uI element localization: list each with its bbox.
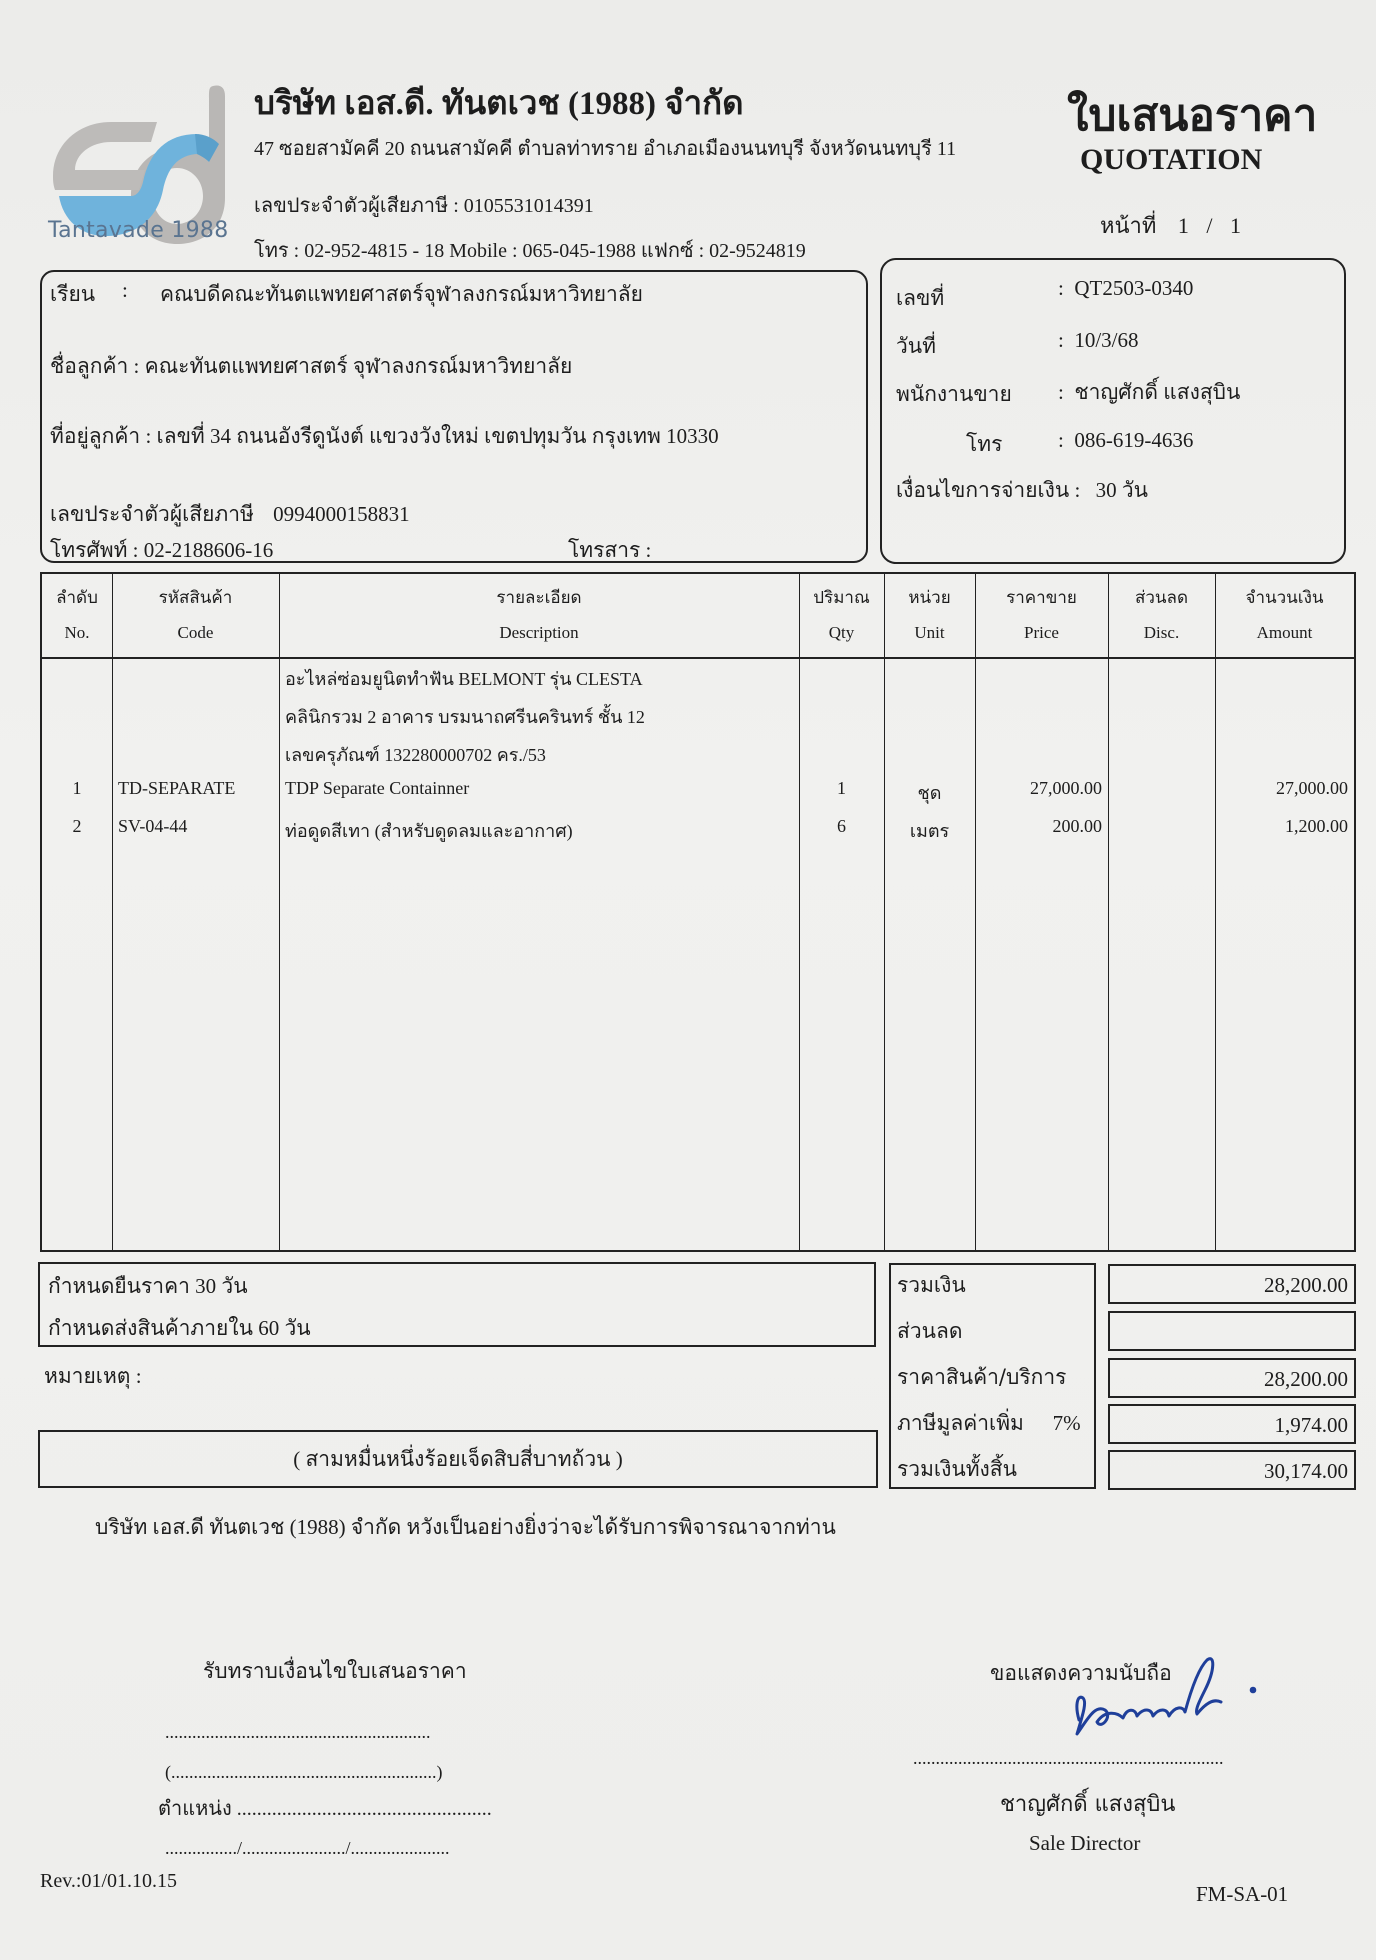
amount-in-words: ( สามหมื่นหนึ่งร้อยเจ็ดสิบสี่บาทถ้วน ) [38,1430,878,1488]
customer-fax-label: โทรสาร : [568,538,651,562]
company-contact: โทร : 02-952-4815 - 18 Mobile : 065-045-… [254,234,806,266]
table-cell-code: SV-04-44 [118,816,187,837]
vat-value: 1,974.00 [1108,1404,1356,1444]
customer-name-line: (.......................................… [165,1762,443,1783]
table-cell-no: 1 [42,778,112,799]
customer-name-label: ชื่อลูกค้า [50,354,128,378]
column-divider [799,574,800,1250]
column-header-english: Price [975,623,1108,643]
net-label: ราคาสินค้า/บริการ [897,1361,1066,1394]
vat-rate: 7% [1053,1411,1081,1435]
total-value: 30,174.00 [1108,1450,1356,1490]
column-header-english: Description [279,623,799,643]
sales-phone: 086-619-4636 [1074,428,1193,452]
page-total: 1 [1230,213,1241,238]
price-validity: กำหนดยืนราคา 30 วัน [48,1270,248,1303]
column-header-price: ราคาขายPrice [975,574,1108,643]
document-title-english: QUOTATION [1080,143,1262,177]
table-cell-unit: ชุด [884,778,975,807]
column-header-english: Code [112,623,279,643]
column-header-thai: ส่วนลด [1108,584,1215,611]
page-separator: / [1206,213,1212,238]
salesperson-label: พนักงานขาย [896,378,1012,411]
table-cell-amount: 1,200.00 [1215,816,1348,837]
column-header-thai: รายละเอียด [279,584,799,611]
column-header-amount: จำนวนเงินAmount [1215,574,1354,643]
column-divider [279,574,280,1250]
table-cell-price: 200.00 [975,816,1102,837]
discount-value [1108,1311,1356,1351]
column-divider [884,574,885,1250]
column-header-thai: ปริมาณ [799,584,884,611]
column-header-english: No. [42,623,112,643]
document-title-thai: ใบเสนอราคา [1067,80,1317,150]
vat-label: ภาษีมูลค่าเพิ่ม 7% [897,1407,1081,1440]
column-header-thai: หน่วย [884,584,975,611]
column-header-english: Qty [799,623,884,643]
company-tax-id: เลขประจำตัวผู้เสียภาษี : 0105531014391 [254,189,594,221]
signer-position: Sale Director [1029,1831,1140,1856]
column-header-unit: หน่วยUnit [884,574,975,643]
table-cell-price: 27,000.00 [975,778,1102,799]
doc-date: 10/3/68 [1074,328,1138,352]
customer-info-box: เรียน : คณบดีคณะทันตแพทยศาสตร์จุฬาลงกรณ์… [40,270,868,563]
salesperson-value: : ชาญศักดิ์ แสงสุบิน [1058,376,1240,409]
description-note: คลินิกรวม 2 อาคาร บรมนาถศรีนครินทร์ ชั้น… [285,702,645,731]
doc-date-label: วันที่ [896,330,936,363]
customer-date-line: ................/.......................… [165,1838,450,1859]
customer-tax-value: 0994000158831 [273,502,410,526]
closing-line: บริษัท เอส.ดี ทันตเวช (1988) จำกัด หวังเ… [95,1511,836,1544]
table-cell-qty: 1 [799,778,884,799]
signer-name: ชาญศักดิ์ แสงสุบิน [1000,1786,1175,1821]
description-note: เลขครุภัณฑ์ 132280000702 คร./53 [285,740,546,769]
customer-phone-value: 02-2188606-16 [144,538,274,562]
doc-date-value: : 10/3/68 [1058,328,1139,353]
company-name: บริษัท เอส.ดี. ทันตเวช (1988) จำกัด [254,76,744,129]
column-header-thai: ลำดับ [42,584,112,611]
remark-label: หมายเหตุ : [44,1360,142,1393]
column-header-qty: ปริมาณQty [799,574,884,643]
page-current: 1 [1178,213,1189,238]
total-label: รวมเงินทั้งสิ้น [897,1453,1017,1486]
vat-label-text: ภาษีมูลค่าเพิ่ม [897,1411,1024,1435]
column-divider [112,574,113,1250]
customer-address-row: ที่อยู่ลูกค้า : เลขที่ 34 ถนนอังรีดูนังต… [50,420,719,453]
column-header-thai: ราคาขาย [975,584,1108,611]
attn-row: เรียน : คณบดีคณะทันตแพทยศาสตร์จุฬาลงกรณ์… [50,278,95,311]
table-cell-no: 2 [42,816,112,837]
attn-label: เรียน [50,282,95,306]
company-address: 47 ซอยสามัคคี 20 ถนนสามัคคี ตำบลท่าทราย … [254,132,956,164]
customer-tax-label: เลขประจำตัวผู้เสียภาษี [50,502,254,526]
column-header-english: Amount [1215,623,1354,643]
table-header-divider [42,657,1354,659]
customer-ack-title: รับทราบเงื่อนไขใบเสนอราคา [203,1655,467,1688]
doc-number-value: : QT2503-0340 [1058,276,1193,301]
document-info-box: เลขที่ : QT2503-0340 วันที่ : 10/3/68 พน… [880,258,1346,564]
logo-caption: Tantavade 1988 [48,218,229,243]
column-header-thai: จำนวนเงิน [1215,584,1354,611]
items-table: ลำดับNo.รหัสสินค้าCodeรายละเอียดDescript… [40,572,1356,1252]
customer-name-row: ชื่อลูกค้า : คณะทันตแพทยศาสตร์ จุฬาลงกรณ… [50,350,572,383]
summary-labels-box: รวมเงิน ส่วนลด ราคาสินค้า/บริการ ภาษีมูล… [889,1263,1096,1489]
delivery-terms: กำหนดส่งสินค้าภายใน 60 วัน [48,1312,311,1345]
doc-number-label: เลขที่ [896,282,944,315]
customer-phone-label: โทรศัพท์ [50,538,127,562]
table-cell-amount: 27,000.00 [1215,778,1348,799]
revision-code: Rev.:01/01.10.15 [40,1870,177,1893]
table-cell-qty: 6 [799,816,884,837]
customer-tax-row: เลขประจำตัวผู้เสียภาษี 0994000158831 [50,498,410,531]
table-cell-unit: เมตร [884,816,975,845]
discount-label: ส่วนลด [897,1315,962,1348]
table-cell-code: TD-SEPARATE [118,778,235,799]
payment-terms-row: เงื่อนไขการจ่ายเงิน : 30 วัน [896,474,1148,507]
net-value: 28,200.00 [1108,1358,1356,1398]
column-header-description: รายละเอียดDescription [279,574,799,643]
customer-name-value: คณะทันตแพทยศาสตร์ จุฬาลงกรณ์มหาวิทยาลัย [145,354,573,378]
customer-position-line: ตำแหน่ง ................................… [158,1792,492,1824]
signature-icon [1065,1650,1285,1750]
page-label: หน้าที่ [1100,213,1156,238]
column-divider [975,574,976,1250]
payment-terms-label: เงื่อนไขการจ่ายเงิน : [896,478,1080,502]
table-cell-description: ท่อดูดสีเทา (สำหรับดูดลมและอากาศ) [285,816,573,845]
customer-address-value: เลขที่ 34 ถนนอังรีดูนังต์ แขวงวังใหม่ เข… [157,424,719,448]
doc-number: QT2503-0340 [1074,276,1193,300]
subtotal-value: 28,200.00 [1108,1264,1356,1304]
sales-phone-value: : 086-619-4636 [1058,428,1193,453]
salesperson-name: ชาญศักดิ์ แสงสุบิน [1074,380,1240,404]
column-header-english: Disc. [1108,623,1215,643]
customer-fax-row: โทรสาร : [568,534,651,567]
column-header-disc: ส่วนลดDisc. [1108,574,1215,643]
column-header-thai: รหัสสินค้า [112,584,279,611]
company-sign-line: ........................................… [913,1748,1224,1769]
terms-box: กำหนดยืนราคา 30 วัน กำหนดส่งสินค้าภายใน … [38,1262,876,1347]
column-header-no: ลำดับNo. [42,574,112,643]
subtotal-label: รวมเงิน [897,1269,966,1302]
table-cell-description: TDP Separate Containner [285,778,469,799]
sales-phone-label: โทร [966,428,1002,461]
form-code: FM-SA-01 [1196,1882,1288,1907]
description-note: อะไหล่ซ่อมยูนิตทำฟัน BELMONT รุ่น CLESTA [285,664,643,693]
payment-terms-value: 30 วัน [1096,478,1148,502]
column-divider [1215,574,1216,1250]
customer-sign-line: ........................................… [165,1722,431,1743]
page-number: หน้าที่ 1 / 1 [1100,208,1241,243]
column-header-code: รหัสสินค้าCode [112,574,279,643]
column-header-english: Unit [884,623,975,643]
customer-phone-row: โทรศัพท์ : 02-2188606-16 [50,534,273,567]
attn-value: คณบดีคณะทันตแพทยศาสตร์จุฬาลงกรณ์มหาวิทยา… [160,278,643,311]
customer-address-label: ที่อยู่ลูกค้า [50,424,140,448]
column-divider [1108,574,1109,1250]
